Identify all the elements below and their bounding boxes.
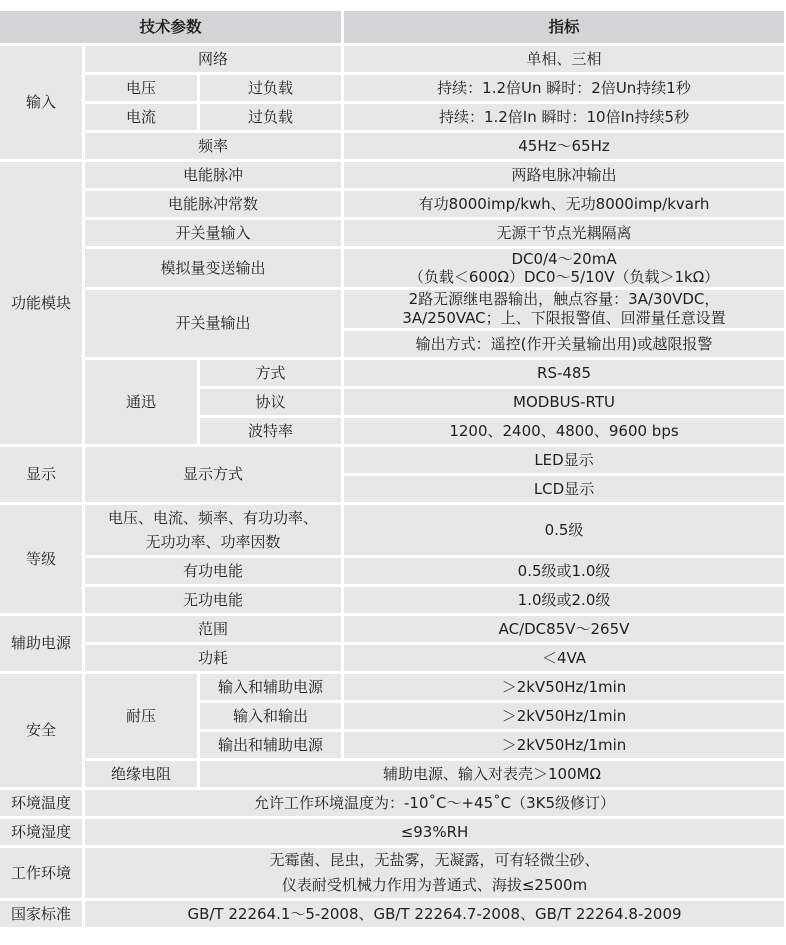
table-row: 开关量输出 2路无源继电器输出，触点容量：3A/30VDC， 3A/250VAC… xyxy=(0,290,784,328)
value-comm-protocol: MODBUS-RTU xyxy=(344,389,784,415)
param-voltage-overload: 过负载 xyxy=(200,75,341,101)
value-work-env: 无霉菌、昆虫，无盐雾，无凝露，可有轻微尘砂、 仪表耐受机械力作用为普通式、海拔≤… xyxy=(85,848,784,898)
value-comm-mode: RS-485 xyxy=(344,360,784,386)
param-switch-out: 开关量输出 xyxy=(85,290,341,357)
table-row: 辅助电源 范围 AC/DC85V～265V xyxy=(0,616,784,642)
param-withstand-in-out: 输入和输出 xyxy=(200,703,341,729)
value-current: 持续：1.2倍In 瞬时：10倍In持续5秒 xyxy=(344,104,784,130)
header-param: 技术参数 xyxy=(0,11,341,43)
value-switch-out-line1: 2路无源继电器输出，触点容量：3A/30VDC， xyxy=(346,290,782,309)
param-aux-range: 范围 xyxy=(85,616,341,642)
value-insulation: 辅助电源、输入对表壳＞100MΩ xyxy=(200,761,784,787)
value-switch-out: 2路无源继电器输出，触点容量：3A/30VDC， 3A/250VAC；上、下限报… xyxy=(344,290,784,328)
param-pulse-const: 电能脉冲常数 xyxy=(85,191,341,217)
table-row: 输入 网络 单相、三相 xyxy=(0,46,784,72)
table-row: 电流 过负载 持续：1.2倍In 瞬时：10倍In持续5秒 xyxy=(0,104,784,130)
table-row: 环境湿度 ≤93%RH xyxy=(0,819,784,845)
group-function: 功能模块 xyxy=(0,162,82,444)
param-reactive-energy: 无功电能 xyxy=(85,587,341,613)
value-pulse-const: 有功8000imp/kwh、无功8000imp/kvarh xyxy=(344,191,784,217)
param-standard: 国家标准 xyxy=(0,901,82,927)
table-row: 模拟量变送输出 DC0/4～20mA （负载＜600Ω）DC0～5/10V（负载… xyxy=(0,249,784,287)
param-pulse: 电能脉冲 xyxy=(85,162,341,188)
param-grade-measure-line1: 电压、电流、频率、有功功率、 xyxy=(87,506,339,530)
value-aux-range: AC/DC85V～265V xyxy=(344,616,784,642)
value-comm-baud: 1200、2400、4800、9600 bps xyxy=(344,418,784,444)
group-safety: 安全 xyxy=(0,674,82,787)
param-voltage: 电压 xyxy=(85,75,197,101)
value-aux-consumption: ＜4VA xyxy=(344,645,784,671)
value-frequency: 45Hz～65Hz xyxy=(344,133,784,159)
group-grade: 等级 xyxy=(0,505,82,613)
value-analog-out-line2: （负载＜600Ω）DC0～5/10V（负载＞1kΩ） xyxy=(346,268,782,286)
table-row: 功能模块 电能脉冲 两路电脉冲输出 xyxy=(0,162,784,188)
value-display-lcd: LCD显示 xyxy=(344,476,784,502)
param-active-energy: 有功电能 xyxy=(85,558,341,584)
param-withstand-in-aux: 输入和辅助电源 xyxy=(200,674,341,700)
param-grade-measure: 电压、电流、频率、有功功率、 无功功率、功率因数 xyxy=(85,505,341,555)
table-row: 电压 过负载 持续：1.2倍Un 瞬时：2倍Un持续1秒 xyxy=(0,75,784,101)
param-comm-baud: 波特率 xyxy=(200,418,341,444)
value-analog-out-line1: DC0/4～20mA xyxy=(346,250,782,268)
table-row: 安全 耐压 输入和辅助电源 ＞2kV50Hz/1min xyxy=(0,674,784,700)
value-switch-out-line2: 3A/250VAC；上、下限报警值、回滞量任意设置 xyxy=(346,309,782,328)
param-comm: 通迅 xyxy=(85,360,197,444)
value-work-env-line2: 仪表耐受机械力作用为普通式、海拔≤2500m xyxy=(87,873,782,898)
group-display: 显示 xyxy=(0,447,82,502)
table-row: 等级 电压、电流、频率、有功功率、 无功功率、功率因数 0.5级 xyxy=(0,505,784,555)
table-row: 绝缘电阻 辅助电源、输入对表壳＞100MΩ xyxy=(0,761,784,787)
param-display: 显示方式 xyxy=(85,447,341,502)
value-pulse: 两路电脉冲输出 xyxy=(344,162,784,188)
value-env-temp: 允许工作环境温度为：-10˚C～+45˚C（3K5级修订） xyxy=(85,790,784,816)
value-network: 单相、三相 xyxy=(344,46,784,72)
param-current: 电流 xyxy=(85,104,197,130)
group-aux-power: 辅助电源 xyxy=(0,616,82,671)
value-voltage: 持续：1.2倍Un 瞬时：2倍Un持续1秒 xyxy=(344,75,784,101)
table-row: 开关量输入 无源干节点光耦隔离 xyxy=(0,220,784,246)
value-withstand-in-out: ＞2kV50Hz/1min xyxy=(344,703,784,729)
table-row: 显示 显示方式 LED显示 xyxy=(0,447,784,473)
table-row: 国家标准 GB/T 22264.1～5-2008、GB/T 22264.7-20… xyxy=(0,901,784,927)
param-analog-out: 模拟量变送输出 xyxy=(85,249,341,287)
value-switch-in: 无源干节点光耦隔离 xyxy=(344,220,784,246)
value-standard: GB/T 22264.1～5-2008、GB/T 22264.7-2008、GB… xyxy=(85,901,784,927)
table-row: 通迅 方式 RS-485 xyxy=(0,360,784,386)
param-withstand: 耐压 xyxy=(85,674,197,758)
value-active-energy: 0.5级或1.0级 xyxy=(344,558,784,584)
param-grade-measure-line2: 无功功率、功率因数 xyxy=(87,530,339,554)
value-display-led: LED显示 xyxy=(344,447,784,473)
table-row: 有功电能 0.5级或1.0级 xyxy=(0,558,784,584)
param-env-humidity: 环境湿度 xyxy=(0,819,82,845)
param-network: 网络 xyxy=(85,46,341,72)
param-withstand-out-aux: 输出和辅助电源 xyxy=(200,732,341,758)
value-work-env-line1: 无霉菌、昆虫，无盐雾，无凝露，可有轻微尘砂、 xyxy=(87,848,782,873)
header-spec: 指标 xyxy=(344,11,784,43)
param-aux-consumption: 功耗 xyxy=(85,645,341,671)
table-row: 功耗 ＜4VA xyxy=(0,645,784,671)
group-input: 输入 xyxy=(0,46,82,159)
value-withstand-out-aux: ＞2kV50Hz/1min xyxy=(344,732,784,758)
table-row: 频率 45Hz～65Hz xyxy=(0,133,784,159)
spec-table: 技术参数 指标 输入 网络 单相、三相 电压 过负载 持续：1.2倍Un 瞬时：… xyxy=(0,8,786,930)
table-row: 无功电能 1.0级或2.0级 xyxy=(0,587,784,613)
value-analog-out: DC0/4～20mA （负载＜600Ω）DC0～5/10V（负载＞1kΩ） xyxy=(344,249,784,287)
param-work-env: 工作环境 xyxy=(0,848,82,898)
param-comm-mode: 方式 xyxy=(200,360,341,386)
param-env-temp: 环境温度 xyxy=(0,790,82,816)
value-reactive-energy: 1.0级或2.0级 xyxy=(344,587,784,613)
param-current-overload: 过负载 xyxy=(200,104,341,130)
value-switch-out-mode: 输出方式：遥控(作开关量输出用)或越限报警 xyxy=(344,331,784,357)
value-grade-measure: 0.5级 xyxy=(344,505,784,555)
param-insulation: 绝缘电阻 xyxy=(85,761,197,787)
table-row: 工作环境 无霉菌、昆虫，无盐雾，无凝露，可有轻微尘砂、 仪表耐受机械力作用为普通… xyxy=(0,848,784,898)
param-frequency: 频率 xyxy=(85,133,341,159)
table-row: 环境温度 允许工作环境温度为：-10˚C～+45˚C（3K5级修订） xyxy=(0,790,784,816)
value-withstand-in-aux: ＞2kV50Hz/1min xyxy=(344,674,784,700)
table-row: 电能脉冲常数 有功8000imp/kwh、无功8000imp/kvarh xyxy=(0,191,784,217)
value-env-humidity: ≤93%RH xyxy=(85,819,784,845)
param-comm-protocol: 协议 xyxy=(200,389,341,415)
header-row: 技术参数 指标 xyxy=(0,11,784,43)
param-switch-in: 开关量输入 xyxy=(85,220,341,246)
